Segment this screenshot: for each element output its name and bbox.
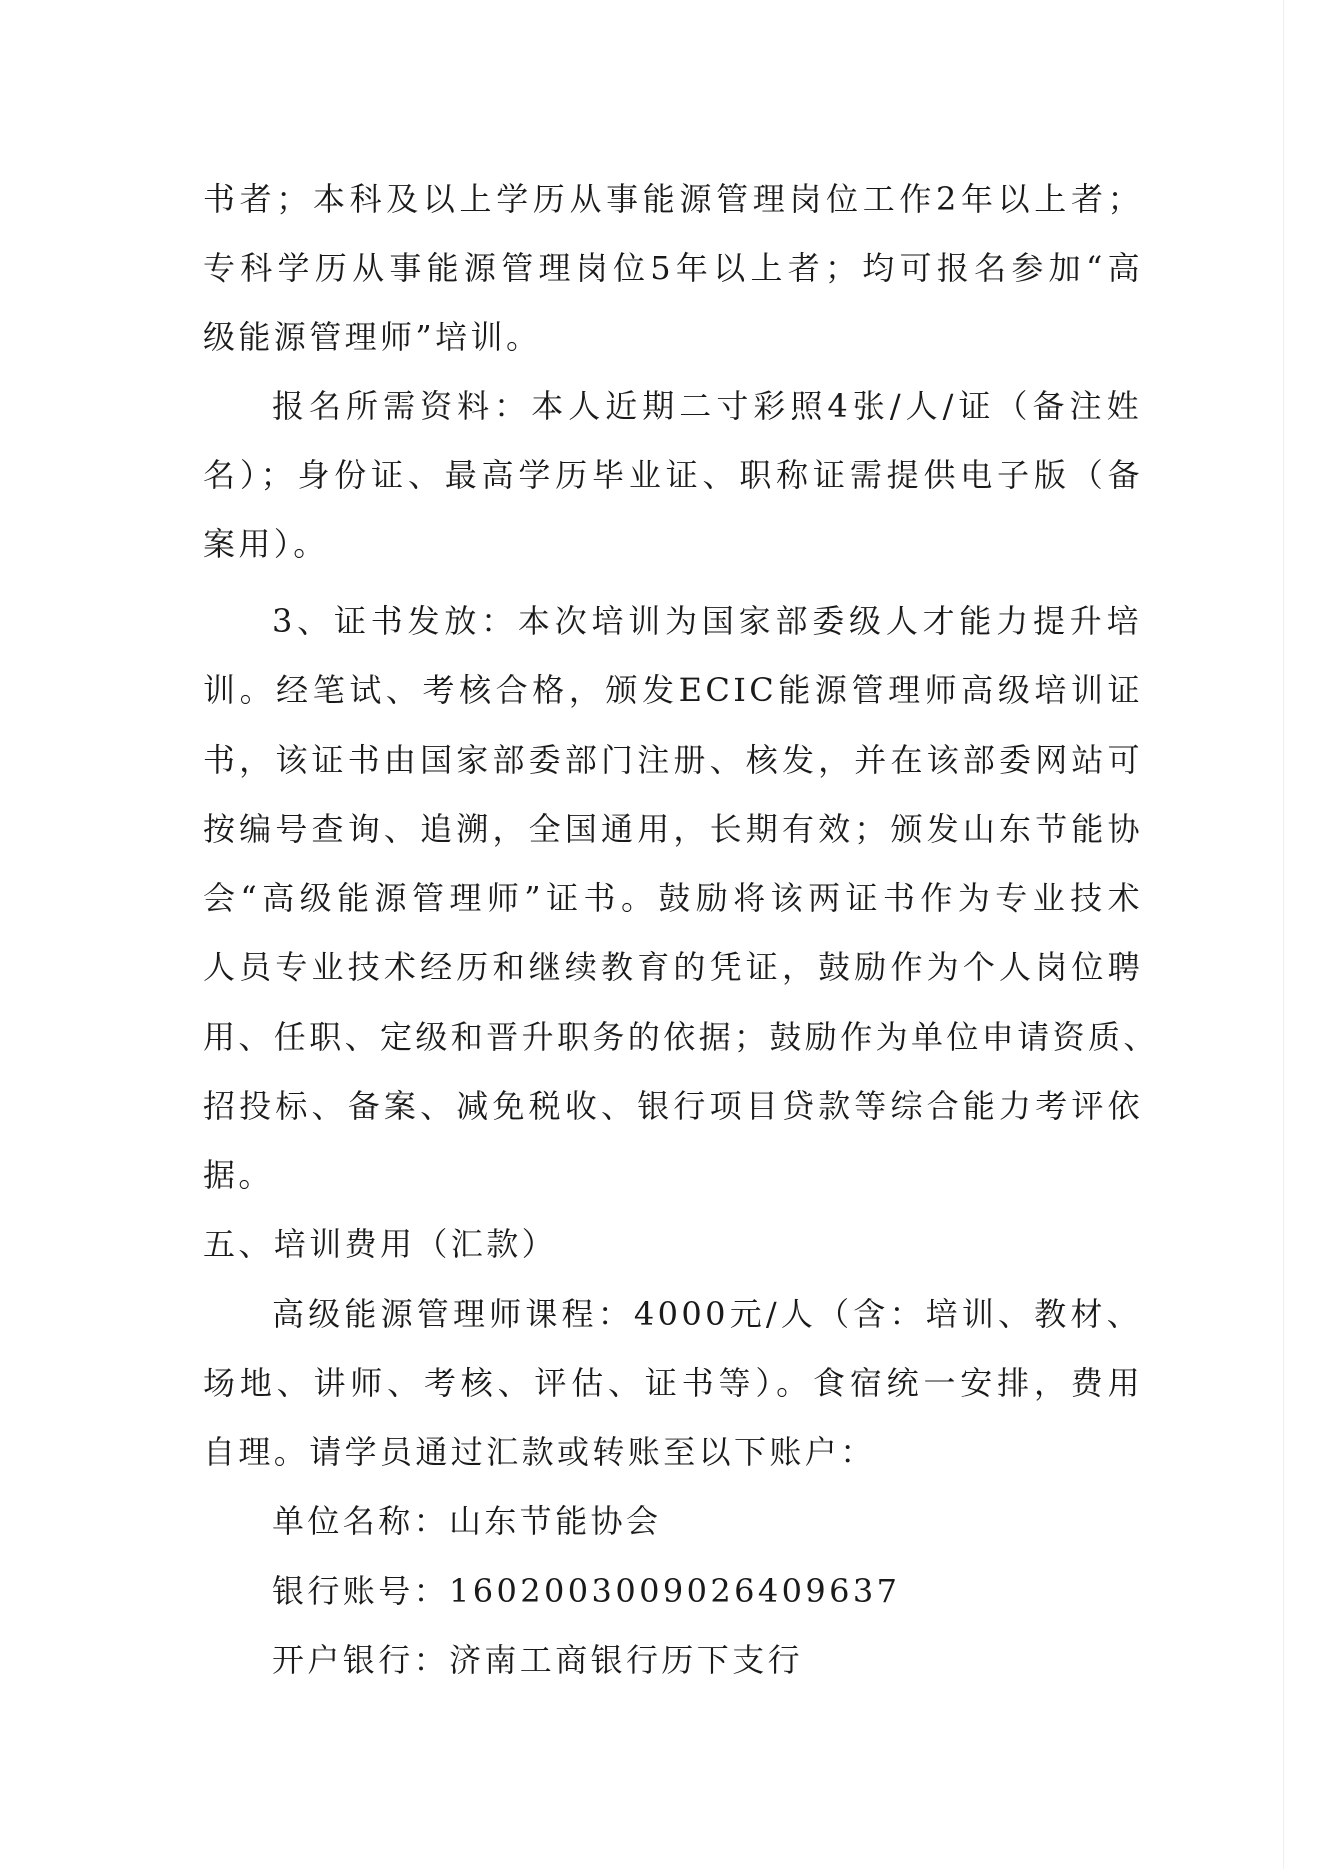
paragraph-line-certificate-4: 按编号查询、追溯，全国通用，长期有效；颁发山东节能协 <box>203 805 1143 853</box>
paragraph-line-certificate-3: 书，该证书由国家部委部门注册、核发，并在该部委网站可 <box>203 736 1143 784</box>
paragraph-line-materials-2: 名）；身份证、最高学历毕业证、职称证需提供电子版（备 <box>203 451 1143 499</box>
payment-unit-name: 单位名称：山东节能协会 <box>272 1497 1142 1545</box>
paragraph-line-certificate-9: 据。 <box>203 1151 1143 1199</box>
paragraph-line-certificate-8: 招投标、备案、减免税收、银行项目贷款等综合能力考评依 <box>203 1082 1143 1130</box>
paragraph-line-qualification-1: 书者；本科及以上学历从事能源管理岗位工作2年以上者； <box>203 175 1143 223</box>
scan-edge-divider <box>1283 0 1284 1869</box>
paragraph-line-qualification-2: 专科学历从事能源管理岗位5年以上者；均可报名参加“高 <box>203 244 1143 292</box>
paragraph-line-qualification-3: 级能源管理师”培训。 <box>203 313 1143 361</box>
paragraph-line-certificate-6: 人员专业技术经历和继续教育的凭证，鼓励作为个人岗位聘 <box>203 943 1143 991</box>
paragraph-line-materials-3: 案用）。 <box>203 520 1143 568</box>
section-heading-training-fee: 五、培训费用（汇款） <box>203 1220 1143 1268</box>
paragraph-line-fee-3: 自理。请学员通过汇款或转账至以下账户： <box>203 1428 1143 1476</box>
paragraph-line-certificate-1: 3、证书发放：本次培训为国家部委级人才能力提升培 <box>272 597 1142 645</box>
paragraph-line-certificate-2: 训。经笔试、考核合格，颁发ECIC能源管理师高级培训证 <box>203 666 1143 714</box>
document-page: 书者；本科及以上学历从事能源管理岗位工作2年以上者； 专科学历从事能源管理岗位5… <box>0 0 1322 1869</box>
payment-account-number: 银行账号：1602003009026409637 <box>272 1567 1142 1615</box>
paragraph-line-fee-2: 场地、讲师、考核、评估、证书等）。食宿统一安排，费用 <box>203 1359 1143 1407</box>
paragraph-line-fee-1: 高级能源管理师课程：4000元/人（含：培训、教材、 <box>272 1290 1142 1338</box>
paragraph-line-materials-1: 报名所需资料：本人近期二寸彩照4张/人/证（备注姓 <box>272 382 1142 430</box>
payment-bank: 开户银行：济南工商银行历下支行 <box>272 1636 1142 1684</box>
paragraph-line-certificate-5: 会“高级能源管理师”证书。鼓励将该两证书作为专业技术 <box>203 874 1143 922</box>
paragraph-line-certificate-7: 用、任职、定级和晋升职务的依据；鼓励作为单位申请资质、 <box>203 1013 1143 1061</box>
